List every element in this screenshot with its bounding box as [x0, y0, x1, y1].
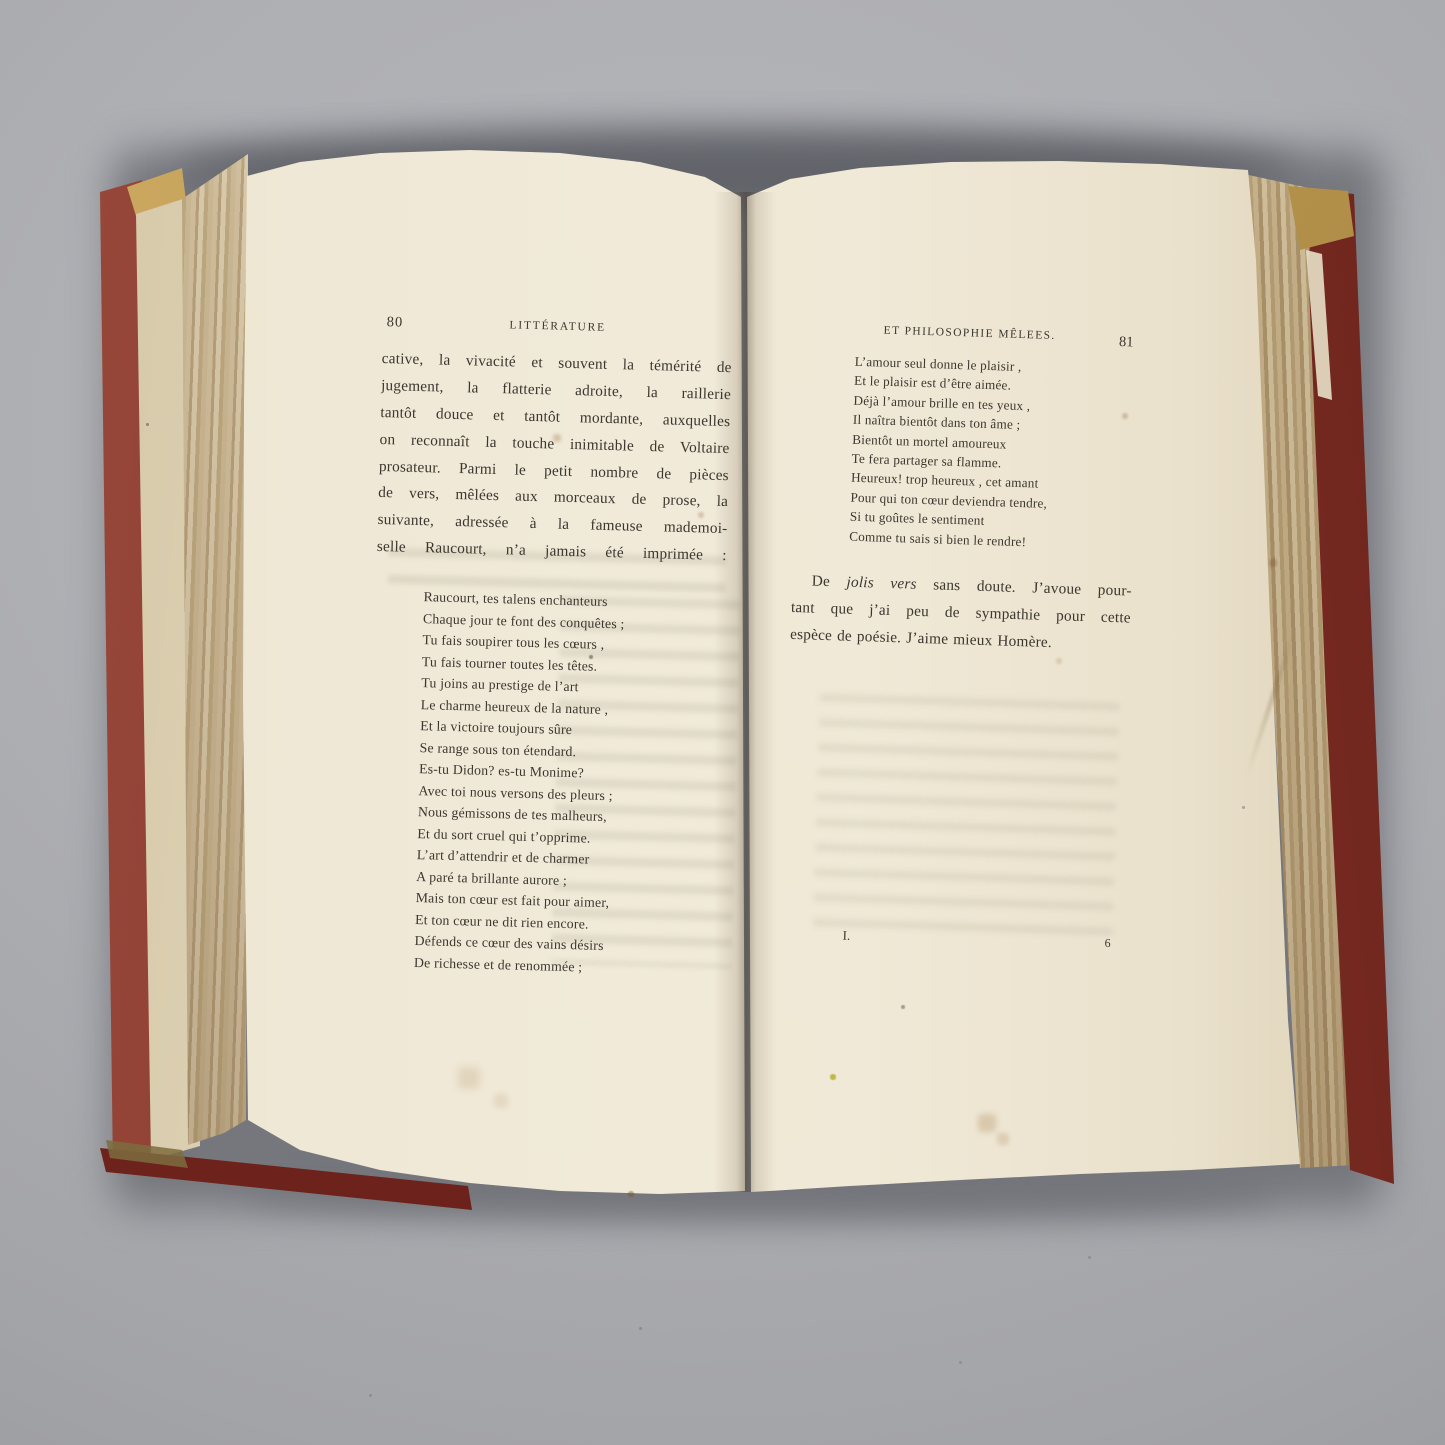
signature-mark: I.: [842, 928, 850, 944]
signature-number: 6: [1104, 936, 1110, 951]
right-page-number: 81: [1119, 334, 1134, 351]
left-page-number: 80: [387, 314, 404, 331]
paragraph-text: De: [812, 573, 847, 591]
photo-scene: 80 LITTÉRATURE cative, la vivacité et so…: [0, 0, 1445, 1445]
right-page-text: ET PHILOSOPHIE MÊLEES. 81 L’amour seul d…: [790, 320, 1140, 659]
left-paragraph: cative, la vivacité et souvent la téméri…: [376, 346, 732, 570]
dust-specks: [0, 0, 1, 1]
paragraph-italic-text: jolis vers: [846, 574, 917, 593]
right-poem: L’amour seul donne le plaisir , Et le pl…: [849, 352, 1139, 555]
left-page-text: 80 LITTÉRATURE cative, la vivacité et so…: [366, 312, 733, 981]
open-book: 80 LITTÉRATURE cative, la vivacité et so…: [0, 0, 1445, 1445]
right-paragraph: De jolis vers sans doute. J’avoue pour- …: [790, 568, 1132, 659]
left-poem: Raucourt, tes talens enchanteurs Chaque …: [414, 586, 726, 981]
paragraph-text: sans doute. J’avoue pour-: [916, 576, 1131, 600]
